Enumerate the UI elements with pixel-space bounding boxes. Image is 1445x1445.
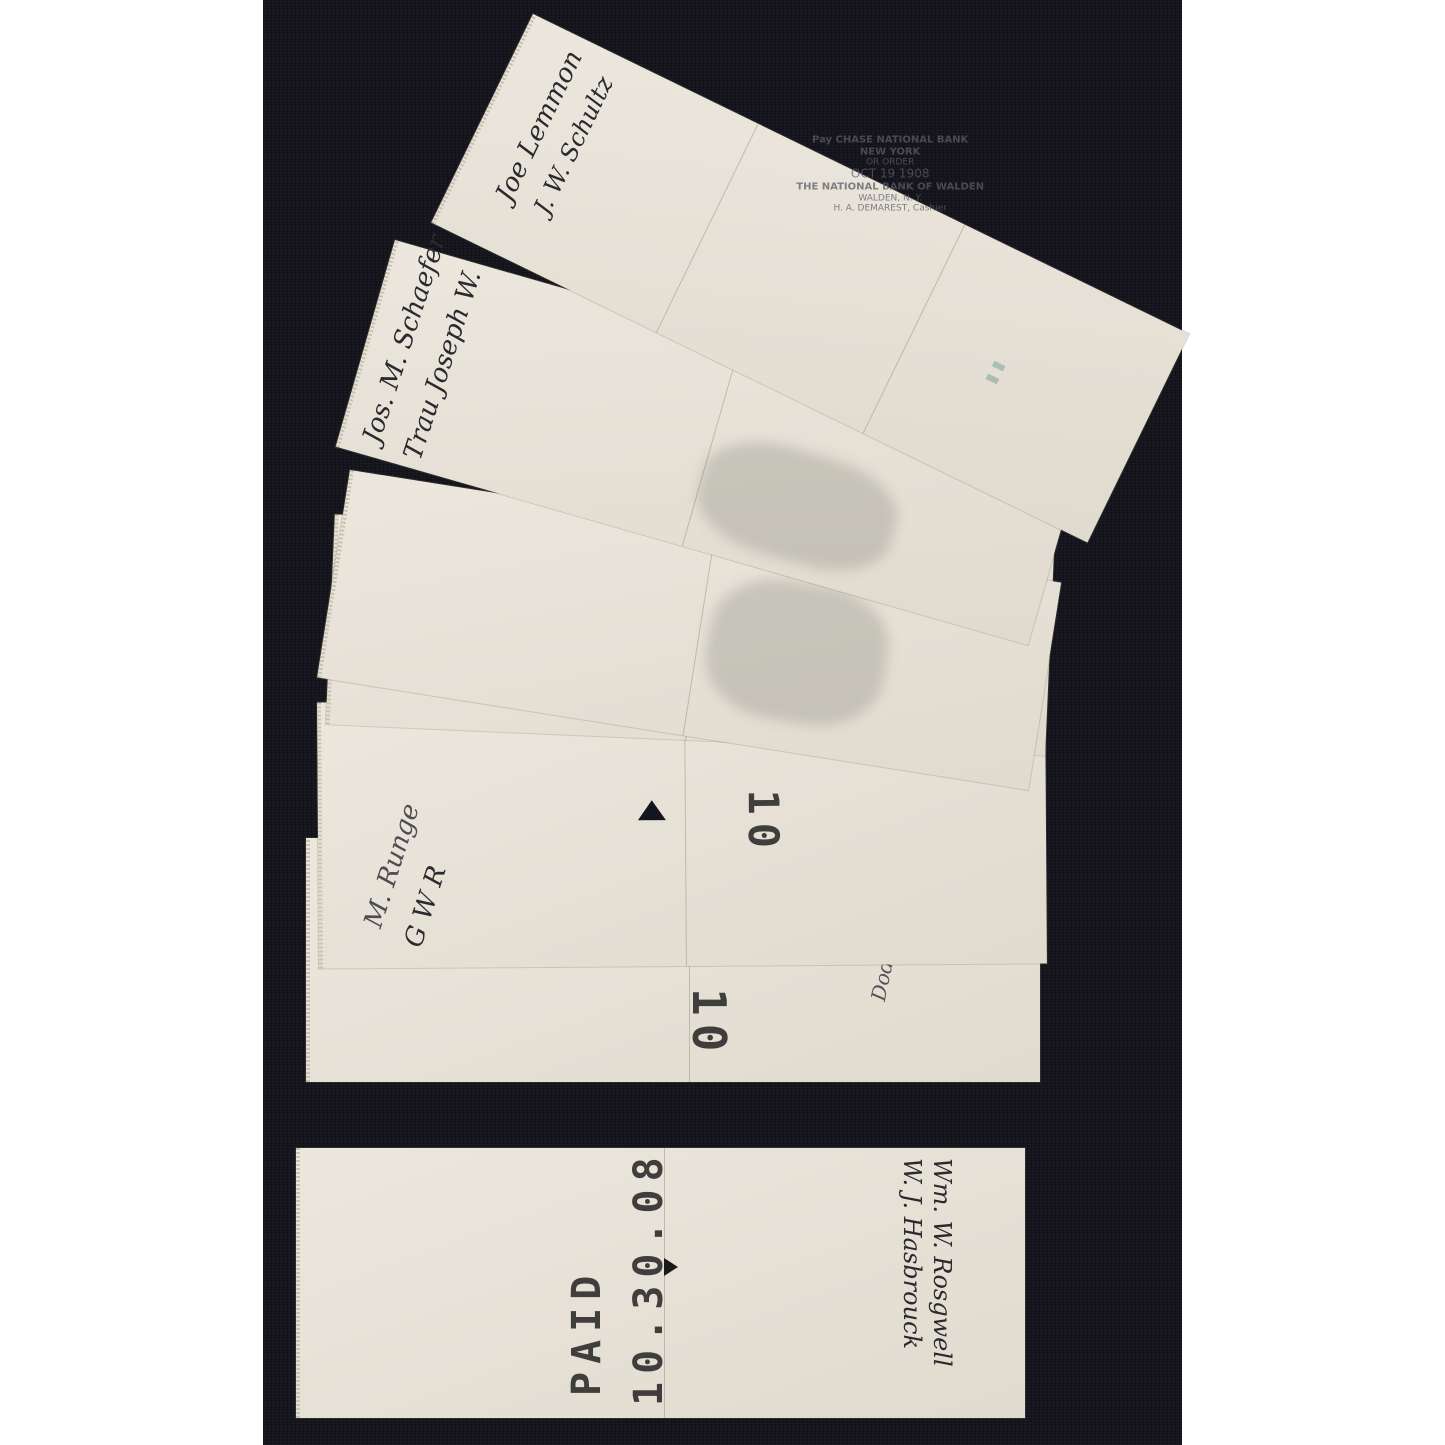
- stamp-date: OCT 19 1908: [780, 168, 1000, 182]
- endorsement-signature-2: W. J. Hasbrouck: [898, 1158, 926, 1349]
- stamp-city: NEW YORK: [780, 146, 1000, 158]
- perforation-number: 10: [739, 789, 788, 856]
- fold-line: [863, 224, 966, 433]
- torn-notch: [638, 800, 666, 820]
- green-ink-stamp: ▮ ▮: [981, 357, 1008, 386]
- check-7: 10.30.08 PAID Wm. W. Rosgwell W. J. Hasb…: [296, 1148, 1025, 1418]
- stamp-bank-city: WALDEN, N. Y.: [780, 193, 1000, 203]
- bank-endorsement-stamp: Pay CHASE NATIONAL BANK NEW YORK OR ORDE…: [780, 135, 1000, 214]
- perforation-number: 10: [682, 988, 736, 1059]
- endorsement-signature-2: G W R: [399, 862, 453, 951]
- endorsement-signature-1: Wm. W. Rosgwell: [928, 1158, 956, 1367]
- punch-hole: [664, 1258, 678, 1276]
- perforation-date: 10.30.08: [626, 1149, 672, 1406]
- stamp-bank-name: THE NATIONAL BANK OF WALDEN: [780, 182, 1000, 194]
- perforation-paid: PAID: [564, 1268, 610, 1396]
- fold-line: [656, 124, 759, 333]
- stamp-pay-line: Pay CHASE NATIONAL BANK: [780, 135, 1000, 147]
- stamp-cashier: H. A. DEMAREST, Cashier: [780, 204, 1000, 214]
